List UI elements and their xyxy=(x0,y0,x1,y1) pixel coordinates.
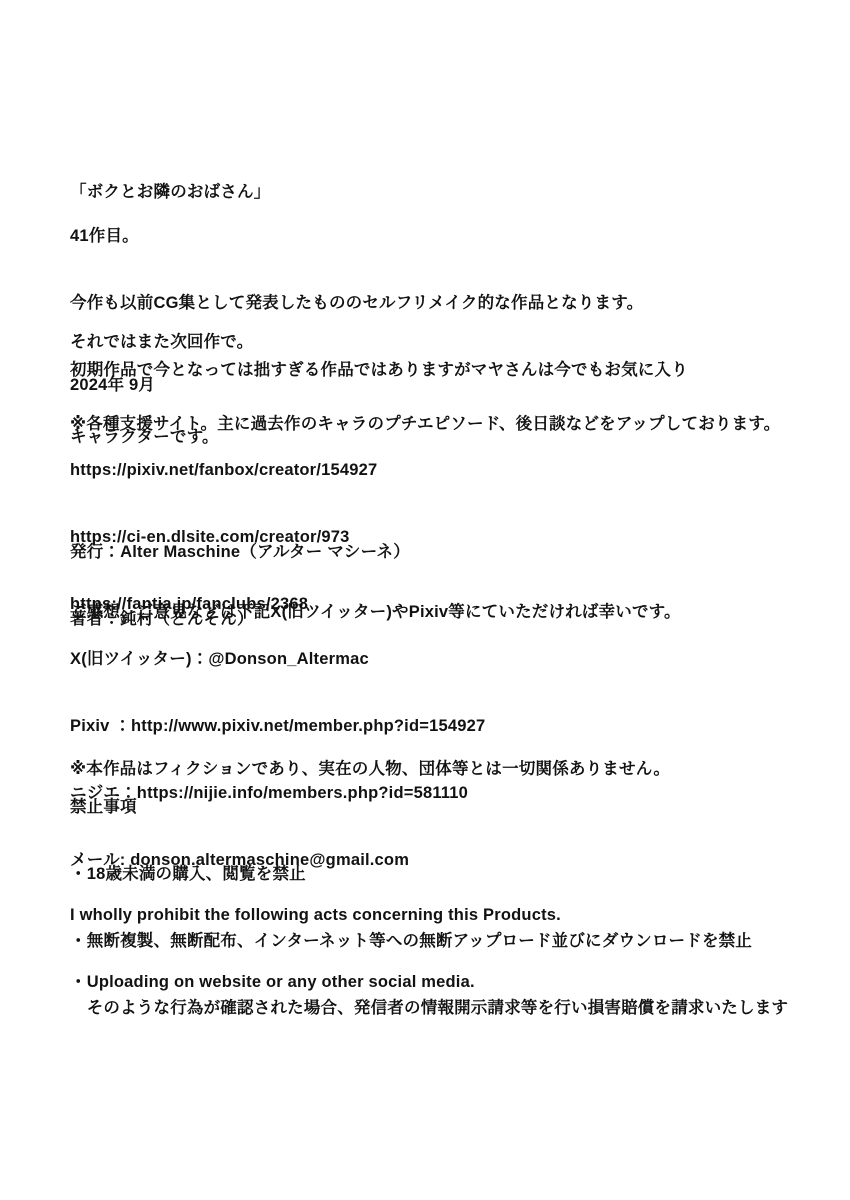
afterword-page: { "page": { "background_color": "#ffffff… xyxy=(0,0,850,1200)
contact-x-line: X(旧ツイッター)：@Donson_Altermac xyxy=(70,648,830,670)
english-notice: I wholly prohibit the following acts con… xyxy=(70,859,830,1038)
english-notice-line: I wholly prohibit the following acts con… xyxy=(70,904,830,926)
support-link-url: https://pixiv.net/fanbox/creator/154927 xyxy=(70,459,830,481)
page-background: 「ボクとお隣のおばさん」 41作目。 今作も以前CG集として発表したもののセルフ… xyxy=(0,0,850,1200)
afterword-intro-line: 41作目。 xyxy=(70,225,830,247)
english-notice-line: ・Uploading on website or any other socia… xyxy=(70,971,830,993)
prohibited-heading: 禁止事項 xyxy=(70,796,830,818)
